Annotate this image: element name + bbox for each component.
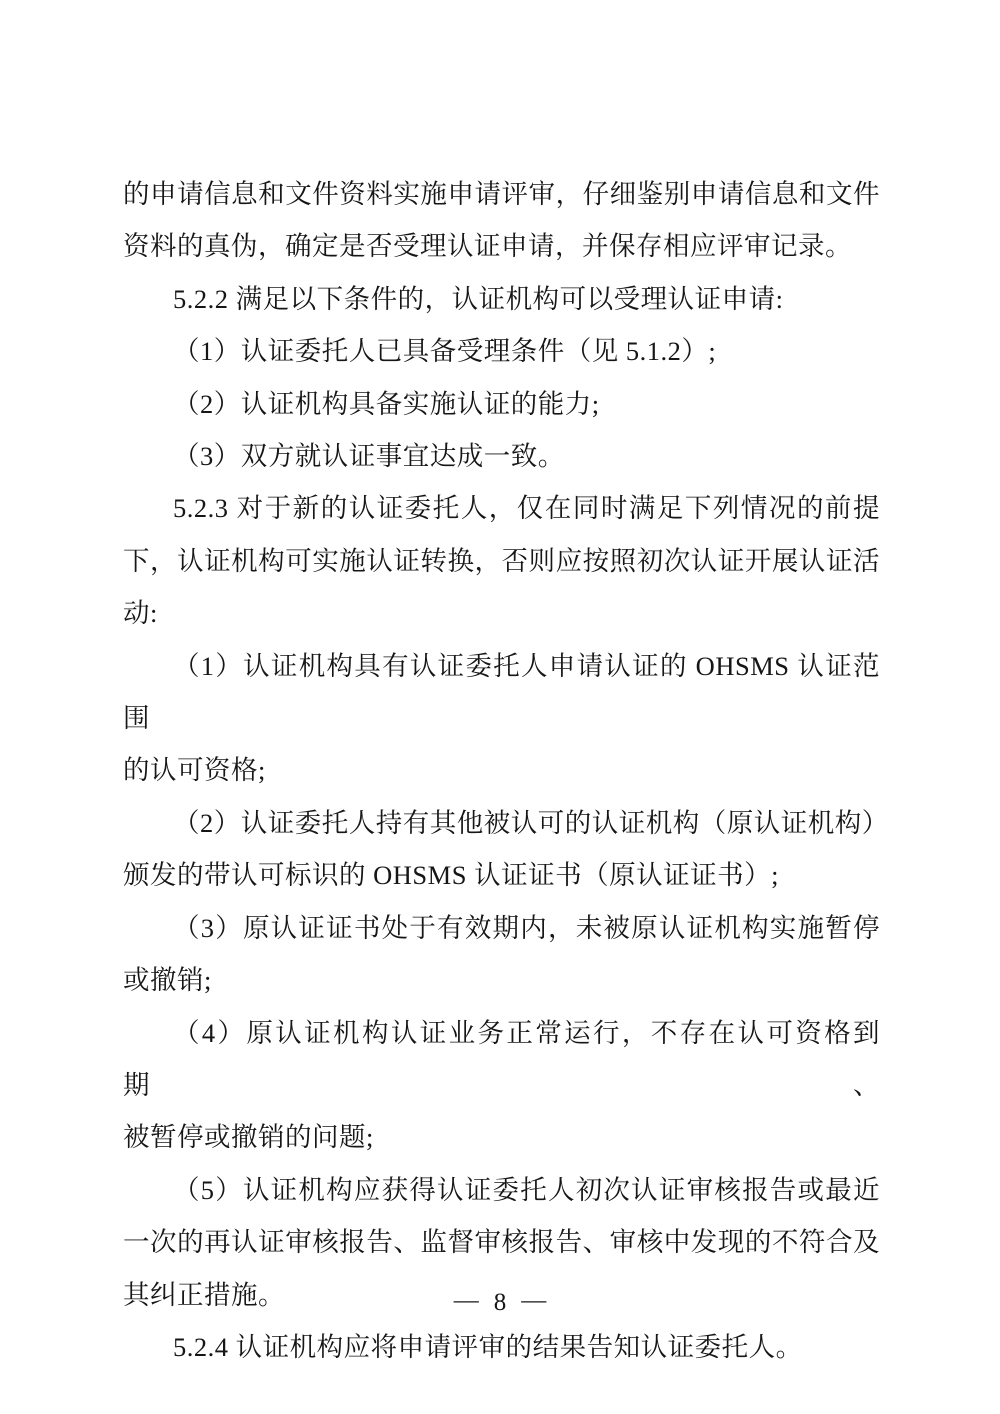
text-line: 动:: [123, 587, 880, 639]
text-line: 的认可资格;: [123, 744, 880, 796]
text-line: 一次的再认证审核报告、监督审核报告、审核中发现的不符合及: [123, 1216, 880, 1268]
document-page: 的申请信息和文件资料实施申请评审，仔细鉴别申请信息和文件资料的真伪，确定是否受理…: [0, 0, 1000, 1414]
text-line: 资料的真伪，确定是否受理认证申请，并保存相应评审记录。: [123, 220, 880, 272]
page-number: 8: [494, 1288, 507, 1318]
text-line: 的申请信息和文件资料实施申请评审，仔细鉴别申请信息和文件: [123, 168, 880, 220]
text-line: 5.2.2 满足以下条件的，认证机构可以受理认证申请:: [123, 273, 880, 325]
page-footer: — 8 —: [0, 1288, 1000, 1318]
text-line: 颁发的带认可标识的 OHSMS 认证证书（原认证证书）;: [123, 849, 880, 901]
text-line: （3）双方就认证事宜达成一致。: [123, 430, 880, 482]
text-line: （5）认证机构应获得认证委托人初次认证审核报告或最近: [123, 1164, 880, 1216]
footer-right-dash: —: [521, 1286, 546, 1316]
text-line: （1）认证委托人已具备受理条件（见 5.1.2）;: [123, 325, 880, 377]
text-line: （2）认证委托人持有其他被认可的认证机构（原认证机构）: [123, 797, 880, 849]
text-line: 5.2.3 对于新的认证委托人，仅在同时满足下列情况的前提: [123, 482, 880, 534]
text-line: （2）认证机构具备实施认证的能力;: [123, 378, 880, 430]
text-line: 5.2.4 认证机构应将申请评审的结果告知认证委托人。: [123, 1321, 880, 1373]
footer-left-dash: —: [454, 1286, 479, 1316]
text-line: 下，认证机构可实施认证转换，否则应按照初次认证开展认证活: [123, 535, 880, 587]
text-line: 或撤销;: [123, 954, 880, 1006]
text-line: （4）原认证机构认证业务正常运行，不存在认可资格到期、: [123, 1007, 880, 1112]
text-line: （1）认证机构具有认证委托人申请认证的 OHSMS 认证范围: [123, 640, 880, 745]
text-line: （3）原认证证书处于有效期内，未被原认证机构实施暂停: [123, 902, 880, 954]
document-body: 的申请信息和文件资料实施申请评审，仔细鉴别申请信息和文件资料的真伪，确定是否受理…: [123, 168, 880, 1373]
text-line: 被暂停或撤销的问题;: [123, 1111, 880, 1163]
